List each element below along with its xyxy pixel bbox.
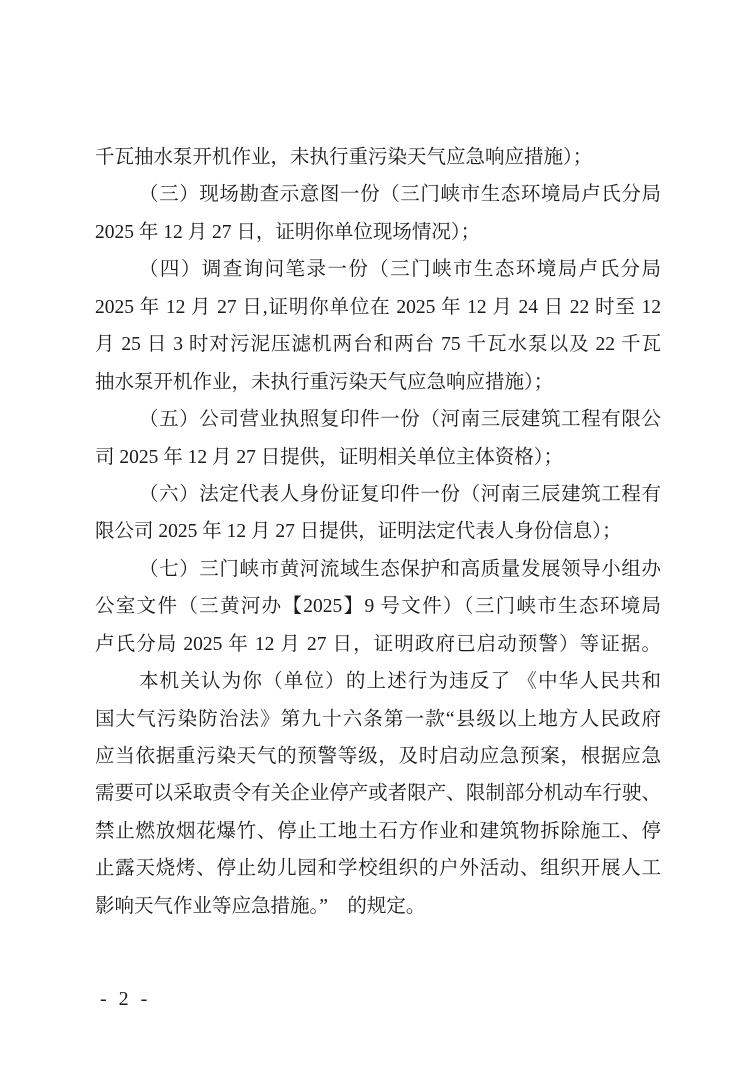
body-line-5: 2025 年 12 月 27 日,证明你单位在 2025 年 12 月 24 日… bbox=[95, 289, 661, 326]
body-line-19: 禁止燃放烟花爆竹、停止工地土石方作业和建筑物拆除施工、停 bbox=[95, 813, 661, 850]
body-line-14: 卢氏分局 2025 年 12 月 27 日，证明政府已启动预警）等证据。 bbox=[95, 626, 661, 663]
body-line-20: 止露天烧烤、停止幼儿园和学校组织的户外活动、组织开展人工 bbox=[95, 850, 661, 887]
body-line-16: 国大气污染防治法》第九十六条第一款“县级以上地方人民政府 bbox=[95, 701, 661, 738]
body-line-12: （七）三门峡市黄河流域生态保护和高质量发展领导小组办 bbox=[95, 551, 661, 588]
body-line-2: （三）现场勘查示意图一份（三门峡市生态环境局卢氏分局 bbox=[95, 176, 661, 213]
document-page: 千瓦抽水泵开机作业，未执行重污染天气应急响应措施）； （三）现场勘查示意图一份（… bbox=[0, 0, 755, 1068]
body-line-17: 应当依据重污染天气的预警等级，及时启动应急预案，根据应急 bbox=[95, 738, 661, 775]
body-line-15: 本机关认为你（单位）的上述行为违反了 《中华人民共和 bbox=[95, 663, 661, 700]
body-line-4: （四）调查询问笔录一份（三门峡市生态环境局卢氏分局 bbox=[95, 251, 661, 288]
body-line-3: 2025 年 12 月 27 日，证明你单位现场情况）； bbox=[95, 214, 661, 251]
body-line-6: 月 25 日 3 时对污泥压滤机两台和两台 75 千瓦水泵以及 22 千瓦 bbox=[95, 326, 661, 363]
body-line-21: 影响天气作业等应急措施。” 的规定。 bbox=[95, 888, 661, 925]
body-line-11: 限公司 2025 年 12 月 27 日提供，证明法定代表人身份信息）； bbox=[95, 513, 661, 550]
body-line-1: 千瓦抽水泵开机作业，未执行重污染天气应急响应措施）； bbox=[95, 139, 661, 176]
body-line-8: （五）公司营业执照复印件一份（河南三辰建筑工程有限公 bbox=[95, 401, 661, 438]
body-line-7: 抽水泵开机作业，未执行重污染天气应急响应措施）； bbox=[95, 364, 661, 401]
body-line-10: （六）法定代表人身份证复印件一份（河南三辰建筑工程有 bbox=[95, 476, 661, 513]
document-body: 千瓦抽水泵开机作业，未执行重污染天气应急响应措施）； （三）现场勘查示意图一份（… bbox=[95, 139, 661, 925]
body-line-9: 司 2025 年 12 月 27 日提供，证明相关单位主体资格）； bbox=[95, 439, 661, 476]
page-number: - 2 - bbox=[100, 986, 148, 1012]
body-line-13: 公室文件（三黄河办【2025】9 号文件）（三门峡市生态环境局 bbox=[95, 588, 661, 625]
body-line-18: 需要可以采取责令有关企业停产或者限产、限制部分机动车行驶、 bbox=[95, 775, 661, 812]
